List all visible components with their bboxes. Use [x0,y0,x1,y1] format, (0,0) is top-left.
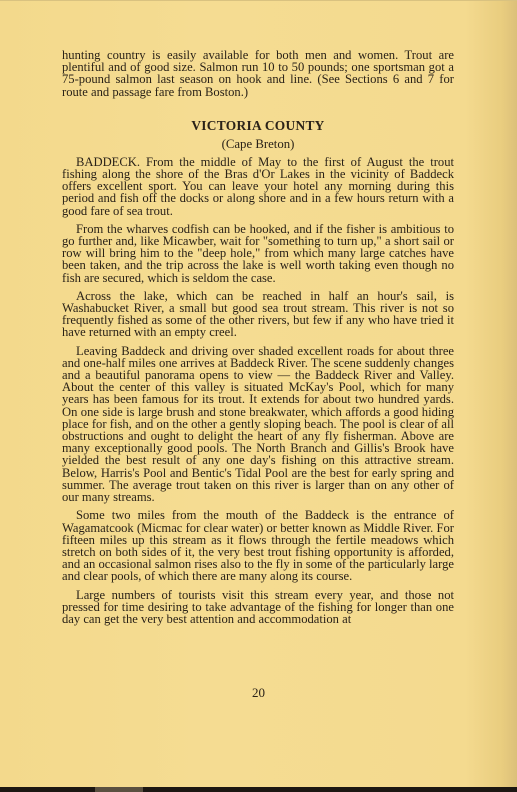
page-text-body: hunting country is easily available for … [62,49,454,631]
book-page: hunting country is easily available for … [0,0,517,788]
paragraph-middle-river: Some two miles from the mouth of the Bad… [62,509,454,582]
paragraph-tourists: Large numbers of tourists visit this str… [62,589,454,626]
scan-edge-mark [95,787,143,792]
scan-bottom-edge [0,787,517,792]
continued-paragraph: hunting country is easily available for … [62,49,454,98]
paragraph-baddeck-river: Leaving Baddeck and driving over shaded … [62,345,454,504]
paragraph-washabucket: Across the lake, which can be reached in… [62,290,454,339]
paragraph-wharves: From the wharves codfish can be hooked, … [62,223,454,284]
section-title: VICTORIA COUNTY [62,119,454,133]
paragraph-baddeck: BADDECK. From the middle of May to the f… [62,156,454,217]
page-number: 20 [0,685,517,701]
section-subtitle: (Cape Breton) [62,137,454,151]
